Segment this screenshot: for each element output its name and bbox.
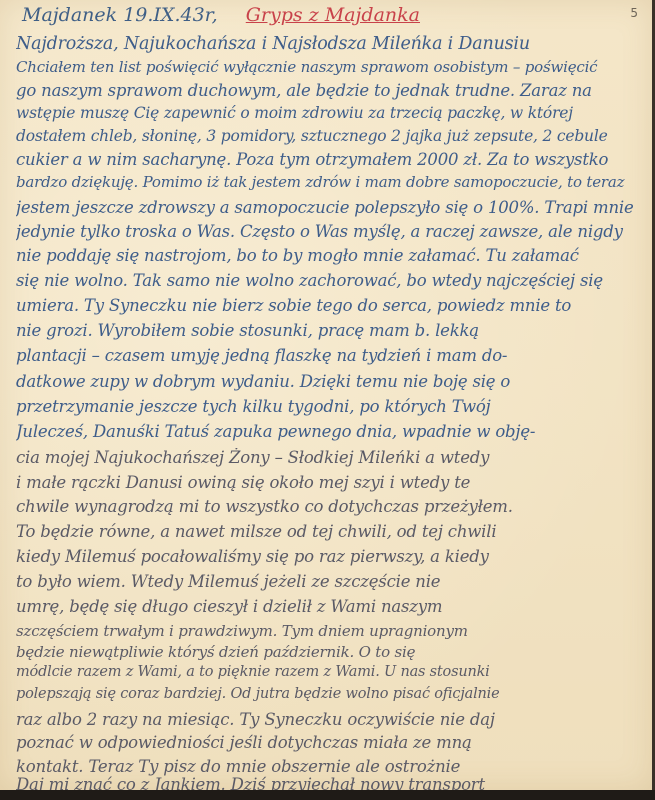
place-date: Majdanek 19.IX.43r, [22, 4, 218, 26]
scan-edge [0, 790, 655, 800]
letter-line-pencil: szczęściem trwałym i prawdziwym. Tym dni… [16, 622, 644, 640]
letter-line: przetrzymanie jeszcze tych kilku tygodni… [16, 397, 644, 416]
letter-line-pencil: Daj mi znać co z Jankiem. Dziś przyjecha… [16, 775, 644, 790]
letter-line: dostałem chleb, słoninę, 3 pomidory, szt… [16, 127, 644, 145]
letter-line: cukier a w nim sacharynę. Poza tym otrzy… [16, 150, 644, 169]
letter-line-pencil: cia mojej Najukochańszej Żony – Słodkiej… [16, 448, 644, 467]
letter-line-pencil: poznać w odpowiedniości jeśli dotychczas… [16, 733, 644, 752]
letter-line-pencil: chwile wynagrodzą mi to wszystko co doty… [16, 497, 644, 516]
letter-line-pencil: módlcie razem z Wami, a to pięknie razem… [16, 664, 644, 680]
letter-header: Majdanek 19.IX.43r, Gryps z Majdanka [22, 4, 420, 26]
letter-line-pencil: raz albo 2 razy na miesiąc. Ty Syneczku … [16, 710, 644, 729]
letter-line: go naszym sprawom duchowym, ale będzie t… [16, 81, 644, 100]
letter-line-pencil: kontakt. Teraz Ty pisz do mnie obszernie… [16, 757, 644, 776]
letter-line: wstępie muszę Cię zapewnić o moim zdrowi… [16, 104, 644, 122]
letter-line-pencil: kiedy Milemuś pocałowaliśmy się po raz p… [16, 547, 644, 566]
letter-line: Chciałem ten list poświęcić wyłącznie na… [16, 58, 644, 76]
letter-line: nie grozi. Wyrobiłem sobie stosunki, pra… [16, 321, 644, 340]
letter-line-pencil: i małe rączki Danusi owiną się około mej… [16, 473, 644, 492]
letter-line-pencil: To będzie równe, a nawet milsze od tej c… [16, 522, 644, 541]
letter-line-pencil: polepszają się coraz bardziej. Od jutra … [16, 686, 644, 702]
letter-line: się nie wolno. Tak samo nie wolno zachor… [16, 271, 644, 290]
letter-line: jestem jeszcze zdrowszy a samopoczucie p… [16, 198, 644, 217]
letter-line: umiera. Ty Syneczku nie bierz sobie tego… [16, 296, 644, 315]
letter-line-pencil: będzie niewątpliwie któryś dzień paździe… [16, 643, 644, 661]
letter-line-pencil: to było wiem. Wtedy Milemuś jeżeli ze sz… [16, 572, 644, 591]
letter-page: 5 Majdanek 19.IX.43r, Gryps z Majdanka N… [0, 0, 655, 790]
red-title-annotation: Gryps z Majdanka [246, 4, 420, 26]
letter-line: plantacji – czasem umyję jedną flaszkę n… [16, 346, 644, 365]
letter-line: Julecześ, Danuśki Tatuś zapuka pewnego d… [16, 422, 644, 441]
letter-line-text: cukier a w nim sacharynę. Poza tym otrzy… [16, 150, 608, 169]
letter-line: bardzo dziękuję. Pomimo iż tak jestem zd… [16, 173, 644, 191]
letter-line: nie poddaję się nastrojom, bo to by mogł… [16, 246, 644, 265]
letter-line: datkowe zupy w dobrym wydaniu. Dzięki te… [16, 372, 644, 391]
page-number: 5 [630, 6, 638, 20]
letter-line: jedynie tylko troska o Was. Często o Was… [16, 222, 644, 241]
letter-line: Najdroższa, Najukochańsza i Najsłodsza M… [16, 34, 644, 54]
letter-line-pencil: umrę, będę się długo cieszył i dzielił z… [16, 597, 644, 616]
